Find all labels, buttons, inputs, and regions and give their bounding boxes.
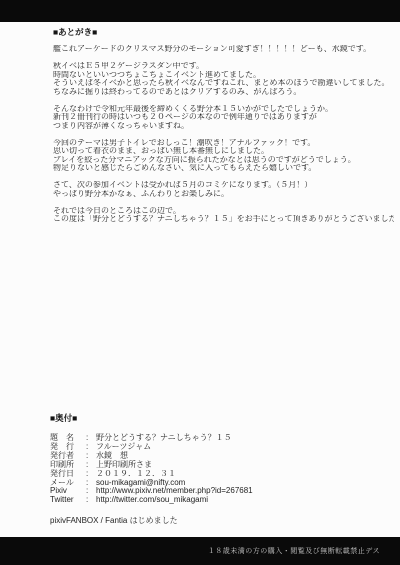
- afterword-line: 秋イベはＥ５甲２ゲージラスダン中です。: [53, 62, 394, 71]
- colophon-section: ■奥付■ 題 名 : 野分とどうする？ナニしちゃう？１５ 発 行 : フルーツジ…: [50, 413, 253, 526]
- afterword-line: それでは今日のところはこの辺で。: [53, 207, 394, 216]
- afterword-line: つまり内容が薄くなっちゃいますね。: [53, 122, 394, 131]
- afterword-line: この度は「野分とどうする？ナニしちゃう？１５」をお手にとって頂きありがとうござい…: [53, 215, 394, 224]
- afterword-line: [53, 198, 394, 207]
- top-border: [0, 0, 400, 22]
- colophon-row: 発 行 : フルーツジャム: [50, 443, 253, 452]
- afterword-line: やっぱり野分本かなぁ、ふんわりとお楽しみに。: [53, 190, 394, 199]
- bottom-border: １８歳未満の方の購入・閲覧及び無断転載禁止デス: [0, 537, 400, 565]
- colophon-row: Twitter : http://twitter.com/sou_mikagam…: [50, 496, 253, 505]
- afterword-line: さて、次の参加イベントは受かれば５月のコミケになります。（５月！）: [53, 181, 394, 190]
- colophon-label: Twitter: [50, 496, 86, 505]
- afterword-line: [53, 54, 394, 63]
- scanned-page: ■あとがき■ 艦これアーケードのクリスマス野分のモーション可愛すぎ！！！！！どー…: [0, 0, 400, 565]
- afterword-line: [53, 173, 394, 182]
- colophon-value: http://twitter.com/sou_mikagami: [96, 496, 208, 505]
- colophon-note: pixivFANBOX / Fantia はじめました: [50, 515, 253, 526]
- age-restriction-notice: １８歳未満の方の購入・閲覧及び無断転載禁止デス: [208, 548, 380, 555]
- afterword-heading: ■あとがき■: [53, 27, 394, 37]
- afterword-section: ■あとがき■ 艦これアーケードのクリスマス野分のモーション可愛すぎ！！！！！どー…: [0, 22, 400, 224]
- afterword-line: プレイを絞った分マニアックな方向に振られたかなとは思うのですがどうでしょう。: [53, 156, 394, 165]
- colophon-row: 題 名 : 野分とどうする？ナニしちゃう？１５: [50, 434, 253, 443]
- afterword-line: 今回のテーマは男子トイレでおしっこ！潮吹き！アナルファック！です。: [53, 139, 394, 148]
- afterword-body: 艦これアーケードのクリスマス野分のモーション可愛すぎ！！！！！どーも、水鏡です。…: [53, 45, 394, 224]
- paper-area: ■あとがき■ 艦これアーケードのクリスマス野分のモーション可愛すぎ！！！！！どー…: [0, 22, 400, 537]
- afterword-line: 新刊２冊刊行の時はいつも２０ページの本なので例年通りではありますが: [53, 113, 394, 122]
- afterword-line: そんなわけで令和元年最後を締めくくる野分本１５いかがでしたでしょうか。: [53, 105, 394, 114]
- afterword-line: そういえば冬イベかと思ったら秋イベなんですねこれ、まとめ本のほうで勘違いしてまし…: [53, 79, 394, 88]
- afterword-line: 艦これアーケードのクリスマス野分のモーション可愛すぎ！！！！！どーも、水鏡です。: [53, 45, 394, 54]
- afterword-line: [53, 96, 394, 105]
- afterword-line: 思い切って着衣のまま、おっぱい無し本番無しにしました。: [53, 147, 394, 156]
- afterword-line: [53, 130, 394, 139]
- colophon-rows: 題 名 : 野分とどうする？ナニしちゃう？１５ 発 行 : フルーツジャム 発行…: [50, 434, 253, 505]
- afterword-line: ちなみに掘りは終わってるのであとはクリアするのみ、がんばろう。: [53, 88, 394, 97]
- colophon-colon: :: [86, 496, 96, 505]
- colophon-heading: ■奥付■: [50, 413, 253, 423]
- afterword-line: 物足りないと感じたらごめんなさい、気に入ってもらえたら嬉しいです。: [53, 164, 394, 173]
- afterword-line: 時間ないといいつつちょこちょこイベント進めてました。: [53, 71, 394, 80]
